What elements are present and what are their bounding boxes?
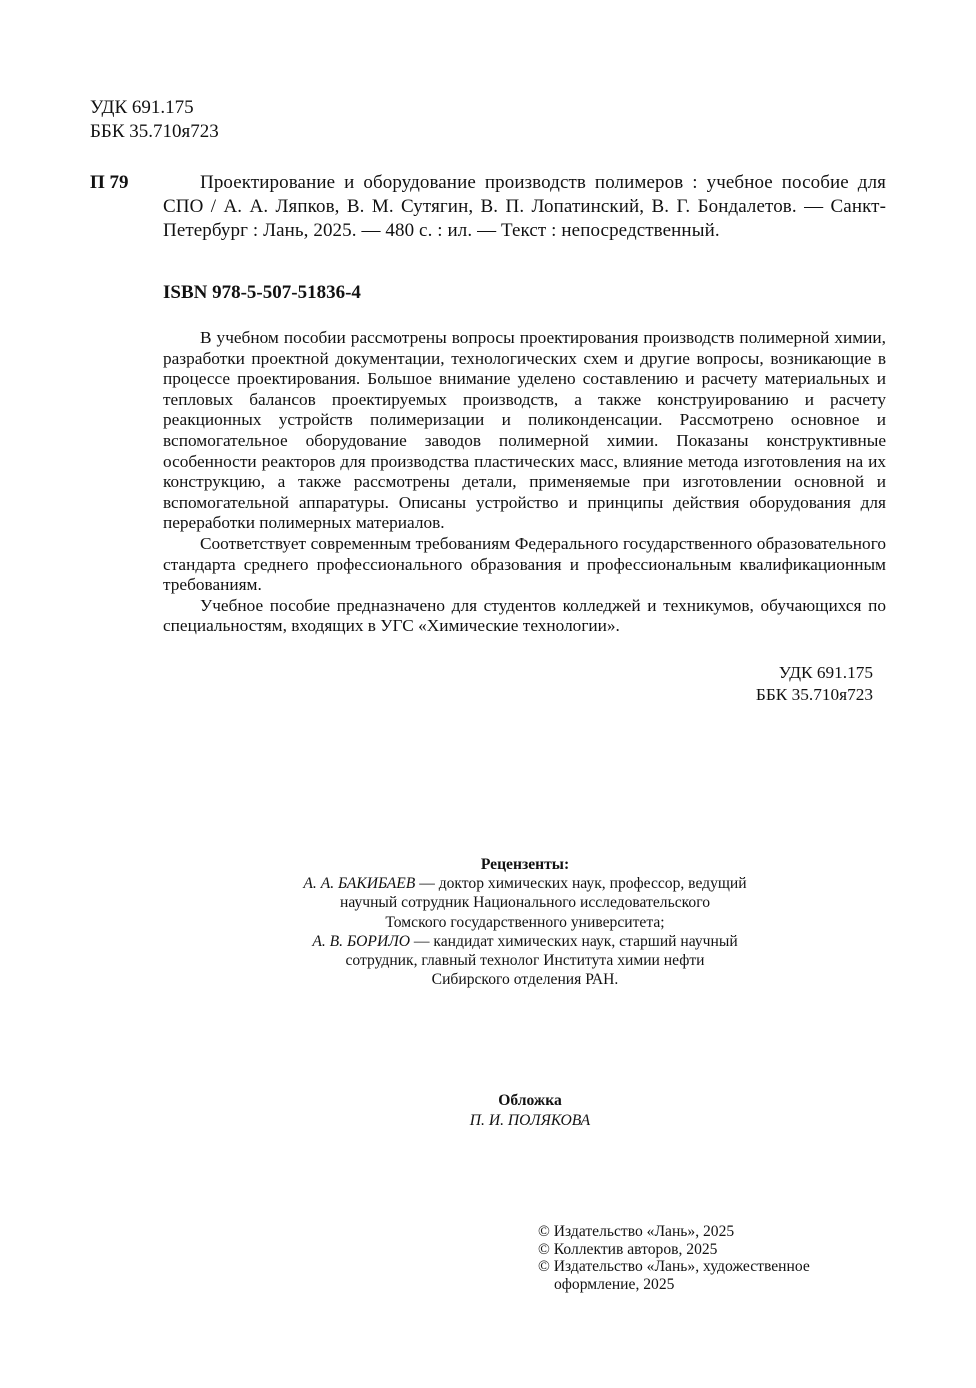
abstract-paragraph: Соответствует современным требованиям Фе… xyxy=(163,534,886,596)
classification-footer: УДК 691.175 ББК 35.710я723 xyxy=(756,662,873,706)
bbk-code: ББК 35.710я723 xyxy=(90,120,219,144)
cover-credit: Обложка П. И. ПОЛЯКОВА xyxy=(380,1091,680,1130)
reviewer-name: А. А. БАКИБАЕВ xyxy=(303,875,415,892)
reviewer-credentials: Томского государственного университета; xyxy=(250,913,800,932)
copyright-line: © Коллектив авторов, 2025 xyxy=(538,1241,858,1259)
reviewer-entry: А. В. БОРИЛО — кандидат химических наук,… xyxy=(250,932,800,990)
abstract-paragraph: Учебное пособие предназначено для студен… xyxy=(163,596,886,637)
bbk-code: ББК 35.710я723 xyxy=(756,684,873,706)
classification-header: УДК 691.175 ББК 35.710я723 xyxy=(90,96,219,144)
abstract: В учебном пособии рассмотрены вопросы пр… xyxy=(163,328,886,637)
cover-title: Обложка xyxy=(380,1091,680,1111)
udk-code: УДК 691.175 xyxy=(756,662,873,684)
bibliographic-description: Проектирование и оборудование производст… xyxy=(163,171,886,243)
reviewer-credentials: — доктор химических наук, профессор, вед… xyxy=(415,875,746,892)
copyright-line: © Издательство «Лань», 2025 xyxy=(538,1223,858,1241)
reviewer-credentials: научный сотрудник Национального исследов… xyxy=(250,893,800,912)
reviewers-title: Рецензенты: xyxy=(250,855,800,874)
isbn: ISBN 978-5-507-51836-4 xyxy=(163,281,361,305)
reviewer-credentials: — кандидат химических наук, старший науч… xyxy=(410,933,738,950)
copyright-block: © Издательство «Лань», 2025 © Коллектив … xyxy=(538,1223,858,1293)
cover-designer: П. И. ПОЛЯКОВА xyxy=(380,1111,680,1131)
reviewer-credentials: сотрудник, главный технолог Института хи… xyxy=(250,951,800,970)
reviewer-credentials: Сибирского отделения РАН. xyxy=(250,970,800,989)
abstract-paragraph: В учебном пособии рассмотрены вопросы пр… xyxy=(163,328,886,534)
reviewer-name: А. В. БОРИЛО xyxy=(312,933,410,950)
udk-code: УДК 691.175 xyxy=(90,96,219,120)
reviewers-section: Рецензенты: А. А. БАКИБАЕВ — доктор хими… xyxy=(250,855,800,989)
copyright-line: © Издательство «Лань», художественное оф… xyxy=(538,1258,858,1293)
reviewer-entry: А. А. БАКИБАЕВ — доктор химических наук,… xyxy=(250,874,800,932)
author-mark: П 79 xyxy=(90,171,129,195)
